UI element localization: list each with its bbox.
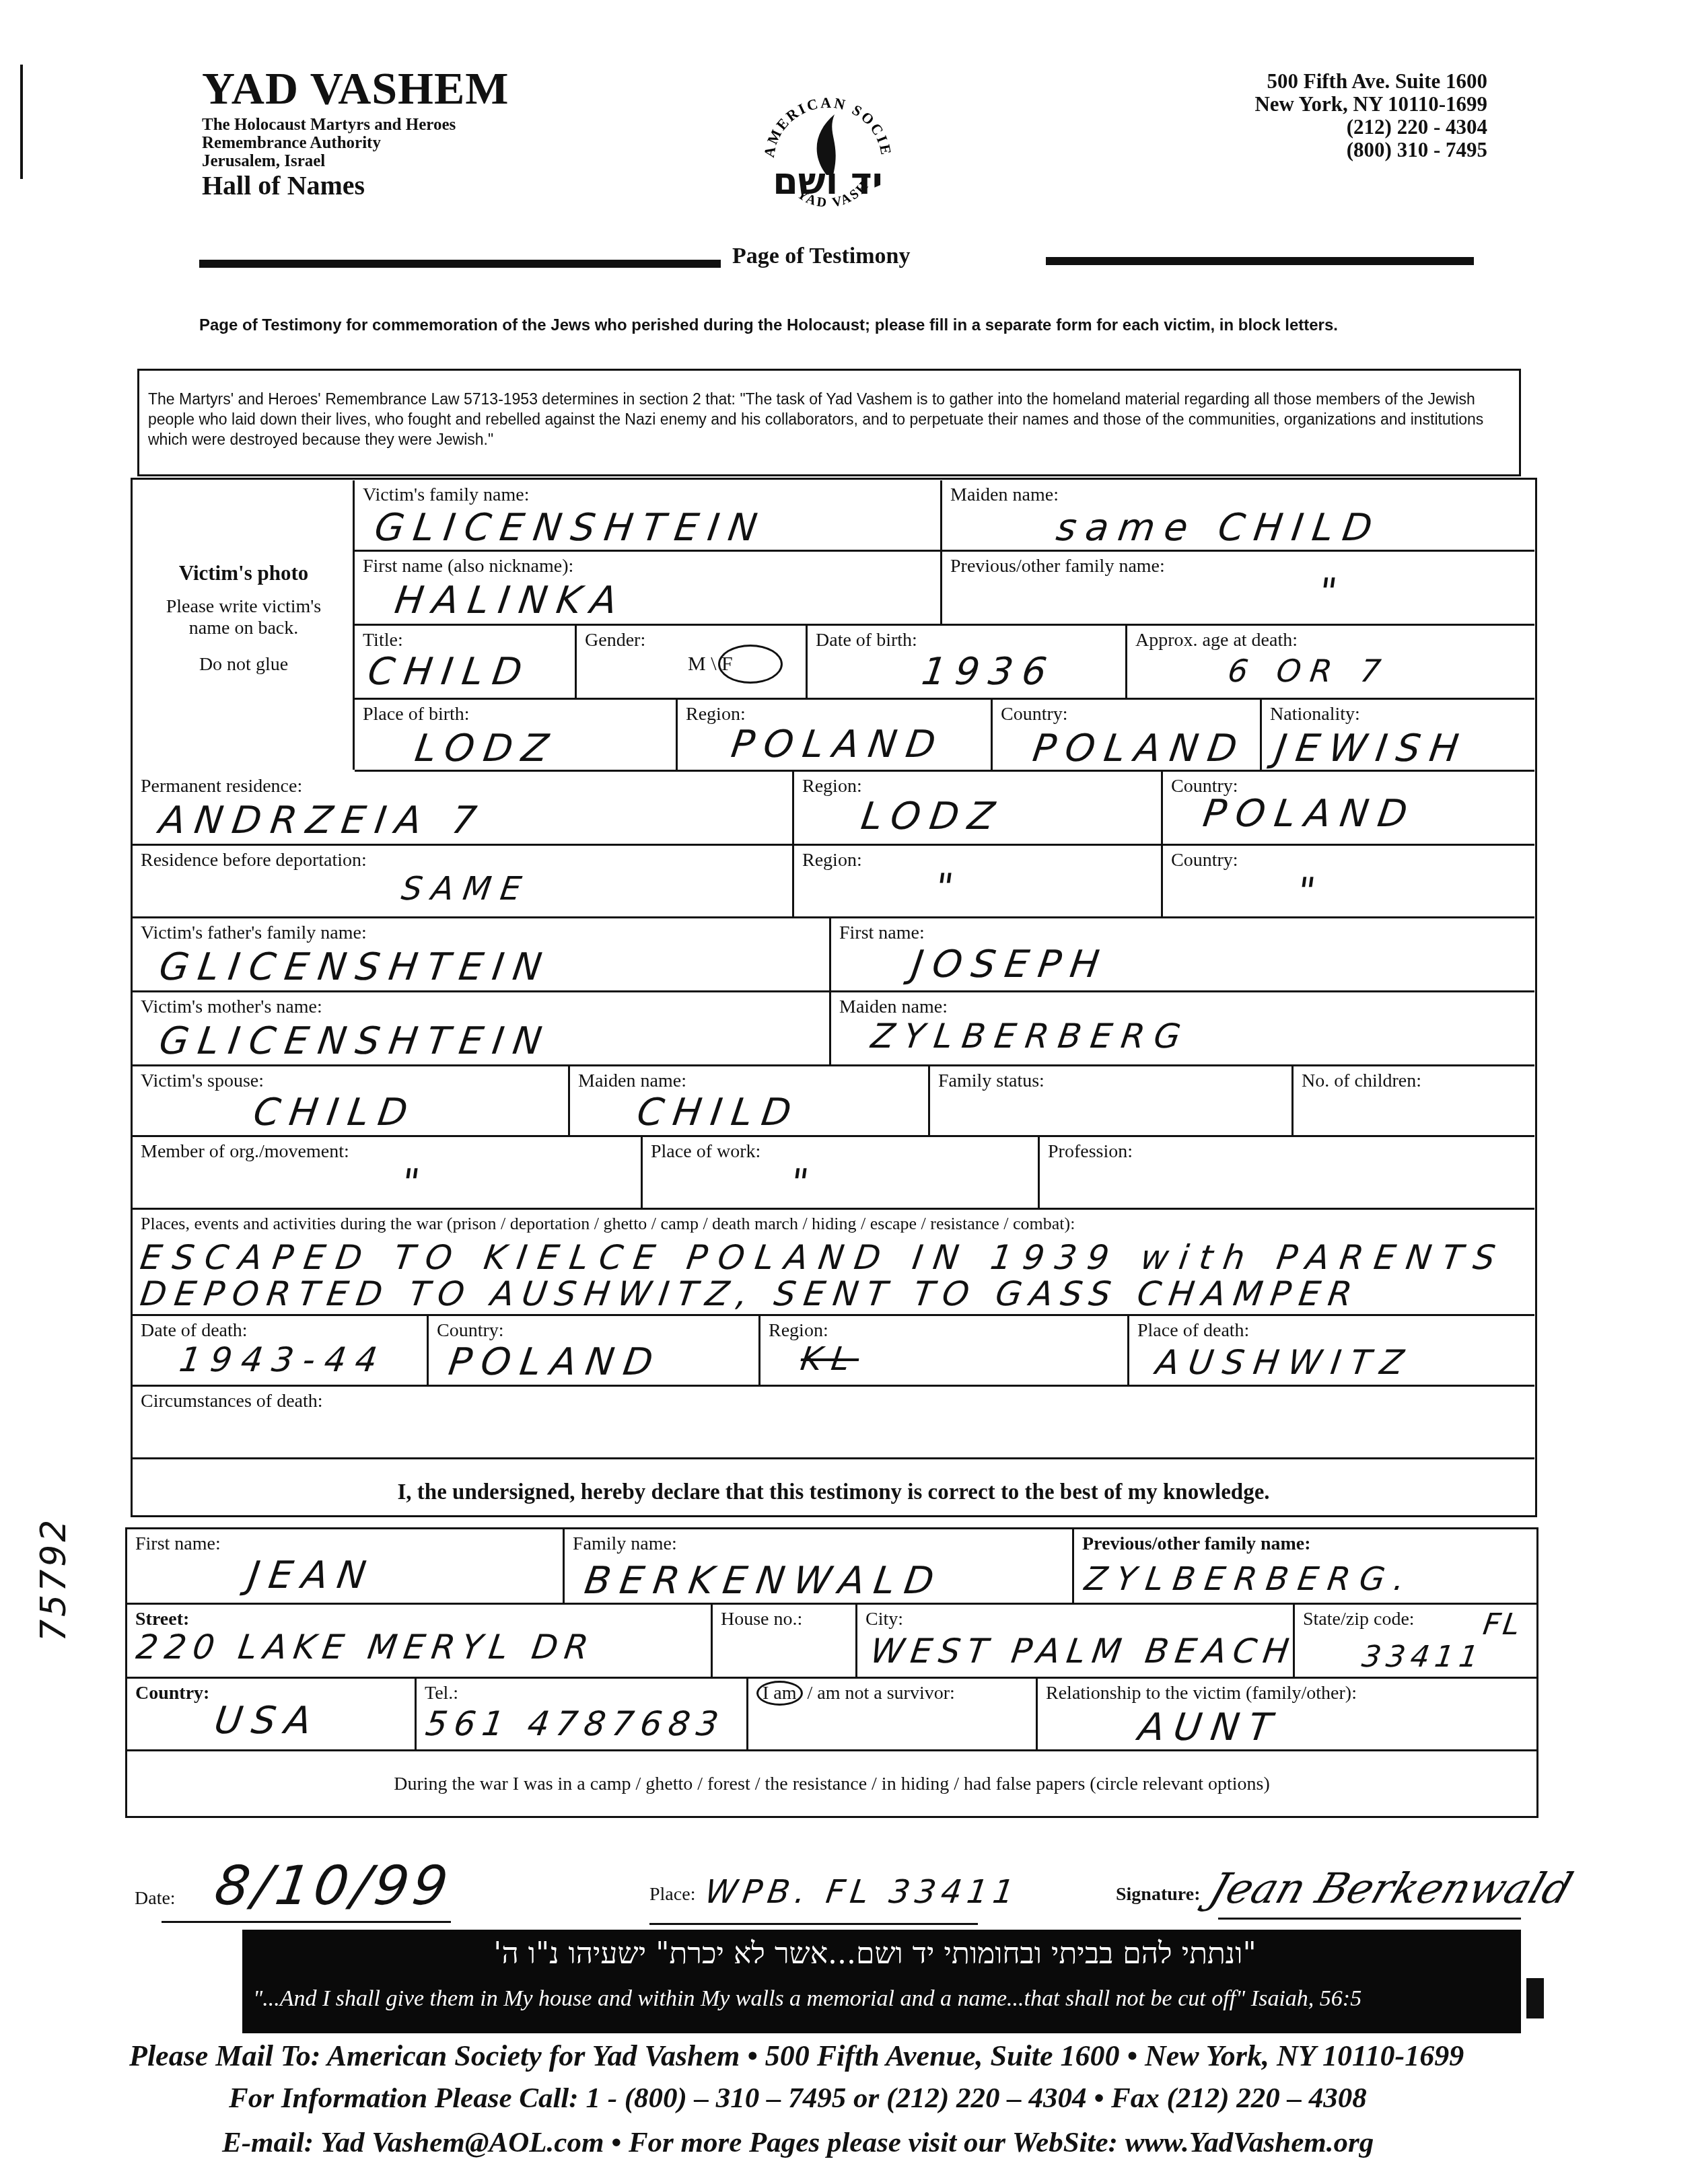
org-title: YAD VASHEM xyxy=(202,62,509,115)
submitter-previous-name-field[interactable]: Previous/other family name: ZYLBERBERG. xyxy=(1074,1529,1536,1605)
state-zip-label: State/zip code: xyxy=(1303,1609,1415,1630)
photo-title: Victim's photo xyxy=(135,561,353,585)
father-family-name-label: Victim's father's family name: xyxy=(141,922,367,944)
date-of-death-label: Date of death: xyxy=(141,1320,248,1342)
victim-first-name-label: First name (also nickname): xyxy=(363,556,573,577)
phone-1: (212) 220 - 4304 xyxy=(1158,116,1487,139)
svg-text:יד ושם: יד ושם xyxy=(773,160,883,203)
org-line-2: Remembrance Authority xyxy=(202,134,456,152)
war-events-line-1: ESCAPED TO KIELCE POLAND IN 1939 with PA… xyxy=(138,1238,1508,1277)
nationality-label: Nationality: xyxy=(1270,704,1360,725)
victim-gender-label: Gender: xyxy=(585,630,645,651)
children-label: No. of children: xyxy=(1302,1070,1421,1092)
org-line-1: The Holocaust Martyrs and Heroes xyxy=(202,116,456,134)
spouse-value: CHILD xyxy=(250,1091,419,1134)
father-family-name-value: GLICENSHTEIN xyxy=(156,945,553,989)
submitter-previous-name-value: ZYLBERBERG. xyxy=(1082,1560,1416,1598)
address-line-2: New York, NY 10110-1699 xyxy=(1158,93,1487,116)
submitter-first-name-label: First name: xyxy=(135,1533,221,1555)
nationality-field[interactable]: Nationality: JEWISH xyxy=(1262,700,1534,772)
submitter-country-label: Country: xyxy=(135,1683,209,1704)
deportation-country-label: Country: xyxy=(1171,850,1238,871)
place-underline xyxy=(649,1923,978,1925)
intro-text: Page of Testimony for commemoration of t… xyxy=(199,316,1478,335)
left-margin-mark xyxy=(20,65,23,179)
family-status-label: Family status: xyxy=(938,1070,1044,1092)
children-field[interactable]: No. of children: xyxy=(1294,1066,1534,1137)
spouse-maiden-name-field[interactable]: Maiden name: CHILD xyxy=(570,1066,930,1137)
death-region-field[interactable]: Region: KL xyxy=(760,1316,1129,1387)
deportation-region-field[interactable]: Region: " xyxy=(794,846,1163,918)
victim-first-name-value: HALINKA xyxy=(392,579,629,622)
form-title: Page of Testimony xyxy=(732,244,910,269)
submitter-first-name-field[interactable]: First name: JEAN xyxy=(127,1529,565,1605)
permanent-residence-field[interactable]: Permanent residence: ANDRZEIA 7 xyxy=(133,772,794,846)
submitter-family-name-field[interactable]: Family name: BERKENWALD xyxy=(565,1529,1074,1605)
residence-region-label: Region: xyxy=(802,776,862,797)
date-value: 8/10/99 xyxy=(211,1854,455,1917)
org-line-3: Jerusalem, Israel xyxy=(202,152,456,170)
house-no-label: House no.: xyxy=(721,1609,802,1630)
spouse-maiden-name-label: Maiden name: xyxy=(578,1070,686,1092)
hall-of-names: Hall of Names xyxy=(202,170,365,201)
victim-age-label: Approx. age at death: xyxy=(1135,630,1298,651)
city-label: City: xyxy=(865,1609,903,1630)
law-text: The Martyrs' and Heroes' Remembrance Law… xyxy=(148,389,1514,449)
mother-name-label: Victim's mother's name: xyxy=(141,996,322,1018)
submitter-family-name-value: BERKENWALD xyxy=(581,1559,946,1603)
residence-before-deportation-label: Residence before deportation: xyxy=(141,850,367,871)
victim-first-name-field[interactable]: First name (also nickname): HALINKA xyxy=(355,552,942,626)
mother-maiden-name-label: Maiden name: xyxy=(839,996,948,1018)
footer-mail: Please Mail To: American Society for Yad… xyxy=(129,2039,1464,2073)
submitter-first-name-value: JEAN xyxy=(245,1554,378,1597)
survivor-option-i-am[interactable]: I am xyxy=(756,1681,803,1706)
phone-2: (800) 310 - 7495 xyxy=(1158,139,1487,161)
father-family-name-field[interactable]: Victim's father's family name: GLICENSHT… xyxy=(133,918,831,992)
deportation-country-value: " xyxy=(1294,870,1327,914)
residence-region-field[interactable]: Region: LODZ xyxy=(794,772,1163,846)
permanent-residence-value: ANDRZEIA 7 xyxy=(156,799,488,842)
place-label: Place: xyxy=(649,1884,695,1905)
deportation-region-value: " xyxy=(932,866,965,910)
gender-selected-circle xyxy=(718,645,783,684)
death-country-field[interactable]: Country: POLAND xyxy=(429,1316,760,1387)
victim-maiden-name-label: Maiden name: xyxy=(950,484,1059,506)
deportation-region-label: Region: xyxy=(802,850,862,871)
footer-phone: For Information Please Call: 1 - (800) –… xyxy=(229,2082,1367,2115)
house-no-field[interactable]: House no.: xyxy=(713,1605,857,1679)
photo-hint-1: Please write victim's xyxy=(135,596,353,618)
signature-value: Jean Berkenwald xyxy=(1203,1864,1579,1913)
survivor-option-rest: / am not a survivor: xyxy=(808,1683,955,1704)
victim-title-label: Title: xyxy=(363,630,403,651)
place-of-work-value: " xyxy=(787,1161,820,1205)
birth-region-field[interactable]: Region: POLAND xyxy=(678,700,993,772)
place-of-death-label: Place of death: xyxy=(1137,1320,1249,1342)
relationship-value: AUNT xyxy=(1135,1706,1284,1749)
family-status-field[interactable]: Family status: xyxy=(930,1066,1294,1137)
photo-hint-3: Do not glue xyxy=(135,654,353,676)
submitter-family-name-label: Family name: xyxy=(573,1533,677,1555)
quote-hebrew: "ונתתי להם בביתי ובחומותי יד ושם...אשר ל… xyxy=(242,1936,1508,1971)
victim-previous-name-field[interactable]: Previous/other family name: " xyxy=(942,552,1534,626)
org-subtitle: The Holocaust Martyrs and Heroes Remembr… xyxy=(202,116,456,170)
war-events-label: Places, events and activities during the… xyxy=(141,1214,1075,1234)
place-of-birth-field[interactable]: Place of birth: LODZ xyxy=(355,700,678,772)
place-value: WPB. FL 33411 xyxy=(703,1873,1022,1911)
place-of-birth-label: Place of birth: xyxy=(363,704,470,725)
place-of-death-field[interactable]: Place of death: AUSHWITZ xyxy=(1129,1316,1534,1387)
place-of-work-field[interactable]: Place of work: " xyxy=(643,1137,1040,1210)
signature-label: Signature: xyxy=(1116,1884,1201,1905)
victim-dob-value: 1936 xyxy=(919,650,1059,694)
victim-maiden-name-value: same CHILD xyxy=(1053,506,1384,550)
victim-age-value: 6 OR 7 xyxy=(1226,653,1392,689)
photo-hint-2: name on back. xyxy=(135,618,353,639)
member-org-value: " xyxy=(398,1161,431,1205)
profession-field[interactable]: Profession: xyxy=(1040,1137,1534,1210)
state-value: FL xyxy=(1481,1607,1524,1642)
victim-maiden-name-field[interactable]: Maiden name: same CHILD xyxy=(942,480,1534,552)
survivor-label: I am / am not a survivor: xyxy=(756,1683,955,1704)
victim-gender-field[interactable]: Gender: M \ F xyxy=(577,626,808,700)
war-events-line-2: DEPORTED TO AUSHWITZ, SENT TO GASS CHAMP… xyxy=(138,1274,1363,1313)
mother-name-value: GLICENSHTEIN xyxy=(156,1019,553,1063)
relationship-field[interactable]: Relationship to the victim (family/other… xyxy=(1038,1679,1536,1751)
declaration-text: I, the undersigned, hereby declare that … xyxy=(133,1480,1534,1505)
birth-country-field[interactable]: Country: POLAND xyxy=(993,700,1262,772)
street-value: 220 LAKE MERYL DR xyxy=(134,1628,598,1667)
residence-before-deportation-value: SAME xyxy=(399,870,533,908)
place-of-death-value: AUSHWITZ xyxy=(1154,1343,1415,1382)
victim-previous-name-value: " xyxy=(1316,571,1349,614)
signature-underline xyxy=(1218,1918,1521,1920)
member-org-field[interactable]: Member of org./movement: " xyxy=(133,1137,643,1210)
residence-country-field[interactable]: Country: POLAND xyxy=(1163,772,1534,846)
tel-value: 561 4787683 xyxy=(423,1704,728,1743)
war-location-options[interactable]: During the war I was in a camp / ghetto … xyxy=(127,1774,1536,1795)
spouse-label: Victim's spouse: xyxy=(141,1070,264,1092)
date-underline xyxy=(162,1921,451,1923)
victim-dob-field[interactable]: Date of birth: 1936 xyxy=(808,626,1127,700)
residence-before-deportation-field[interactable]: Residence before deportation: SAME xyxy=(133,846,794,918)
father-first-name-field[interactable]: First name: JOSEPH xyxy=(831,918,1534,992)
zip-value: 33411 xyxy=(1359,1640,1485,1674)
place-of-birth-value: LODZ xyxy=(412,727,560,770)
relationship-label: Relationship to the victim (family/other… xyxy=(1046,1683,1357,1704)
tel-field[interactable]: Tel.: 561 4787683 xyxy=(417,1679,748,1751)
victim-dob-label: Date of birth: xyxy=(816,630,917,651)
circumstances-label: Circumstances of death: xyxy=(141,1391,323,1412)
death-region-value: KL xyxy=(798,1340,861,1378)
victim-photo-box[interactable]: Victim's photo Please write victim's nam… xyxy=(135,480,355,770)
father-first-name-label: First name: xyxy=(839,922,925,944)
circumstances-field[interactable]: Circumstances of death: xyxy=(133,1387,1534,1459)
date-label: Date: xyxy=(135,1888,176,1909)
victim-title-field[interactable]: Title: CHILD xyxy=(355,626,577,700)
member-org-label: Member of org./movement: xyxy=(141,1141,349,1163)
birth-country-value: POLAND xyxy=(1030,727,1249,770)
residence-country-value: POLAND xyxy=(1200,792,1419,836)
birth-region-value: POLAND xyxy=(728,723,948,766)
city-value: WEST PALM BEACH xyxy=(868,1632,1298,1671)
mother-name-field[interactable]: Victim's mother's name: GLICENSHTEIN xyxy=(133,992,831,1066)
spouse-field[interactable]: Victim's spouse: CHILD xyxy=(133,1066,570,1137)
isaiah-quote-band: "ונתתי להם בביתי ובחומותי יד ושם...אשר ל… xyxy=(242,1930,1521,2033)
victim-family-name-field[interactable]: Victim's family name: GLICENSHTEIN xyxy=(355,480,942,552)
flame-logo-icon: AMERICAN SOCIETY FOR YAD VASHEM יד ושם xyxy=(747,74,909,235)
birth-country-label: Country: xyxy=(1001,704,1068,725)
footer-email[interactable]: E-mail: Yad Vashem@AOL.com • For more Pa… xyxy=(222,2126,1374,2159)
quote-english: "...And I shall give them in My house an… xyxy=(253,1986,1512,2012)
date-of-death-field[interactable]: Date of death: 1943-44 xyxy=(133,1316,429,1387)
header-address: 500 Fifth Ave. Suite 1600 New York, NY 1… xyxy=(1158,70,1487,161)
margin-note: 75792 xyxy=(34,1517,74,1642)
war-events-field[interactable]: Places, events and activities during the… xyxy=(133,1210,1534,1316)
submitter-country-value: USA xyxy=(211,1699,323,1743)
death-country-label: Country: xyxy=(437,1320,504,1342)
residence-region-value: LODZ xyxy=(858,795,1006,838)
victim-family-name-value: GLICENSHTEIN xyxy=(371,506,769,550)
header-rule-left xyxy=(199,260,721,268)
place-of-work-label: Place of work: xyxy=(651,1141,760,1163)
mother-maiden-name-field[interactable]: Maiden name: ZYLBERBERG xyxy=(831,992,1534,1066)
victim-age-field[interactable]: Approx. age at death: 6 OR 7 xyxy=(1127,626,1534,700)
address-line-1: 500 Fifth Ave. Suite 1600 xyxy=(1158,70,1487,93)
victim-title-value: CHILD xyxy=(365,650,534,694)
submitter-previous-name-label: Previous/other family name: xyxy=(1082,1533,1311,1555)
victim-family-name-label: Victim's family name: xyxy=(363,484,530,506)
death-country-value: POLAND xyxy=(446,1340,665,1384)
street-field[interactable]: Street: 220 LAKE MERYL DR xyxy=(127,1605,713,1679)
tel-label: Tel.: xyxy=(425,1683,458,1704)
date-of-death-value: 1943-44 xyxy=(177,1340,389,1379)
menorah-icon xyxy=(1526,1978,1544,2018)
father-first-name-value: JOSEPH xyxy=(909,943,1111,986)
mother-maiden-name-value: ZYLBERBERG xyxy=(869,1017,1193,1056)
deportation-country-field[interactable]: Country: " xyxy=(1163,846,1534,918)
city-field[interactable]: City: WEST PALM BEACH xyxy=(857,1605,1295,1679)
nationality-value: JEWISH xyxy=(1272,727,1471,770)
death-region-label: Region: xyxy=(769,1320,828,1342)
submitter-country-field[interactable]: Country: USA xyxy=(127,1679,417,1751)
profession-label: Profession: xyxy=(1048,1141,1133,1163)
permanent-residence-label: Permanent residence: xyxy=(141,776,302,797)
state-zip-field[interactable]: State/zip code: FL 33411 xyxy=(1295,1605,1536,1679)
spouse-maiden-name-value: CHILD xyxy=(634,1091,803,1134)
victim-previous-name-label: Previous/other family name: xyxy=(950,556,1165,577)
header-rule-right xyxy=(1046,257,1474,265)
survivor-field[interactable]: I am / am not a survivor: xyxy=(748,1679,1038,1751)
